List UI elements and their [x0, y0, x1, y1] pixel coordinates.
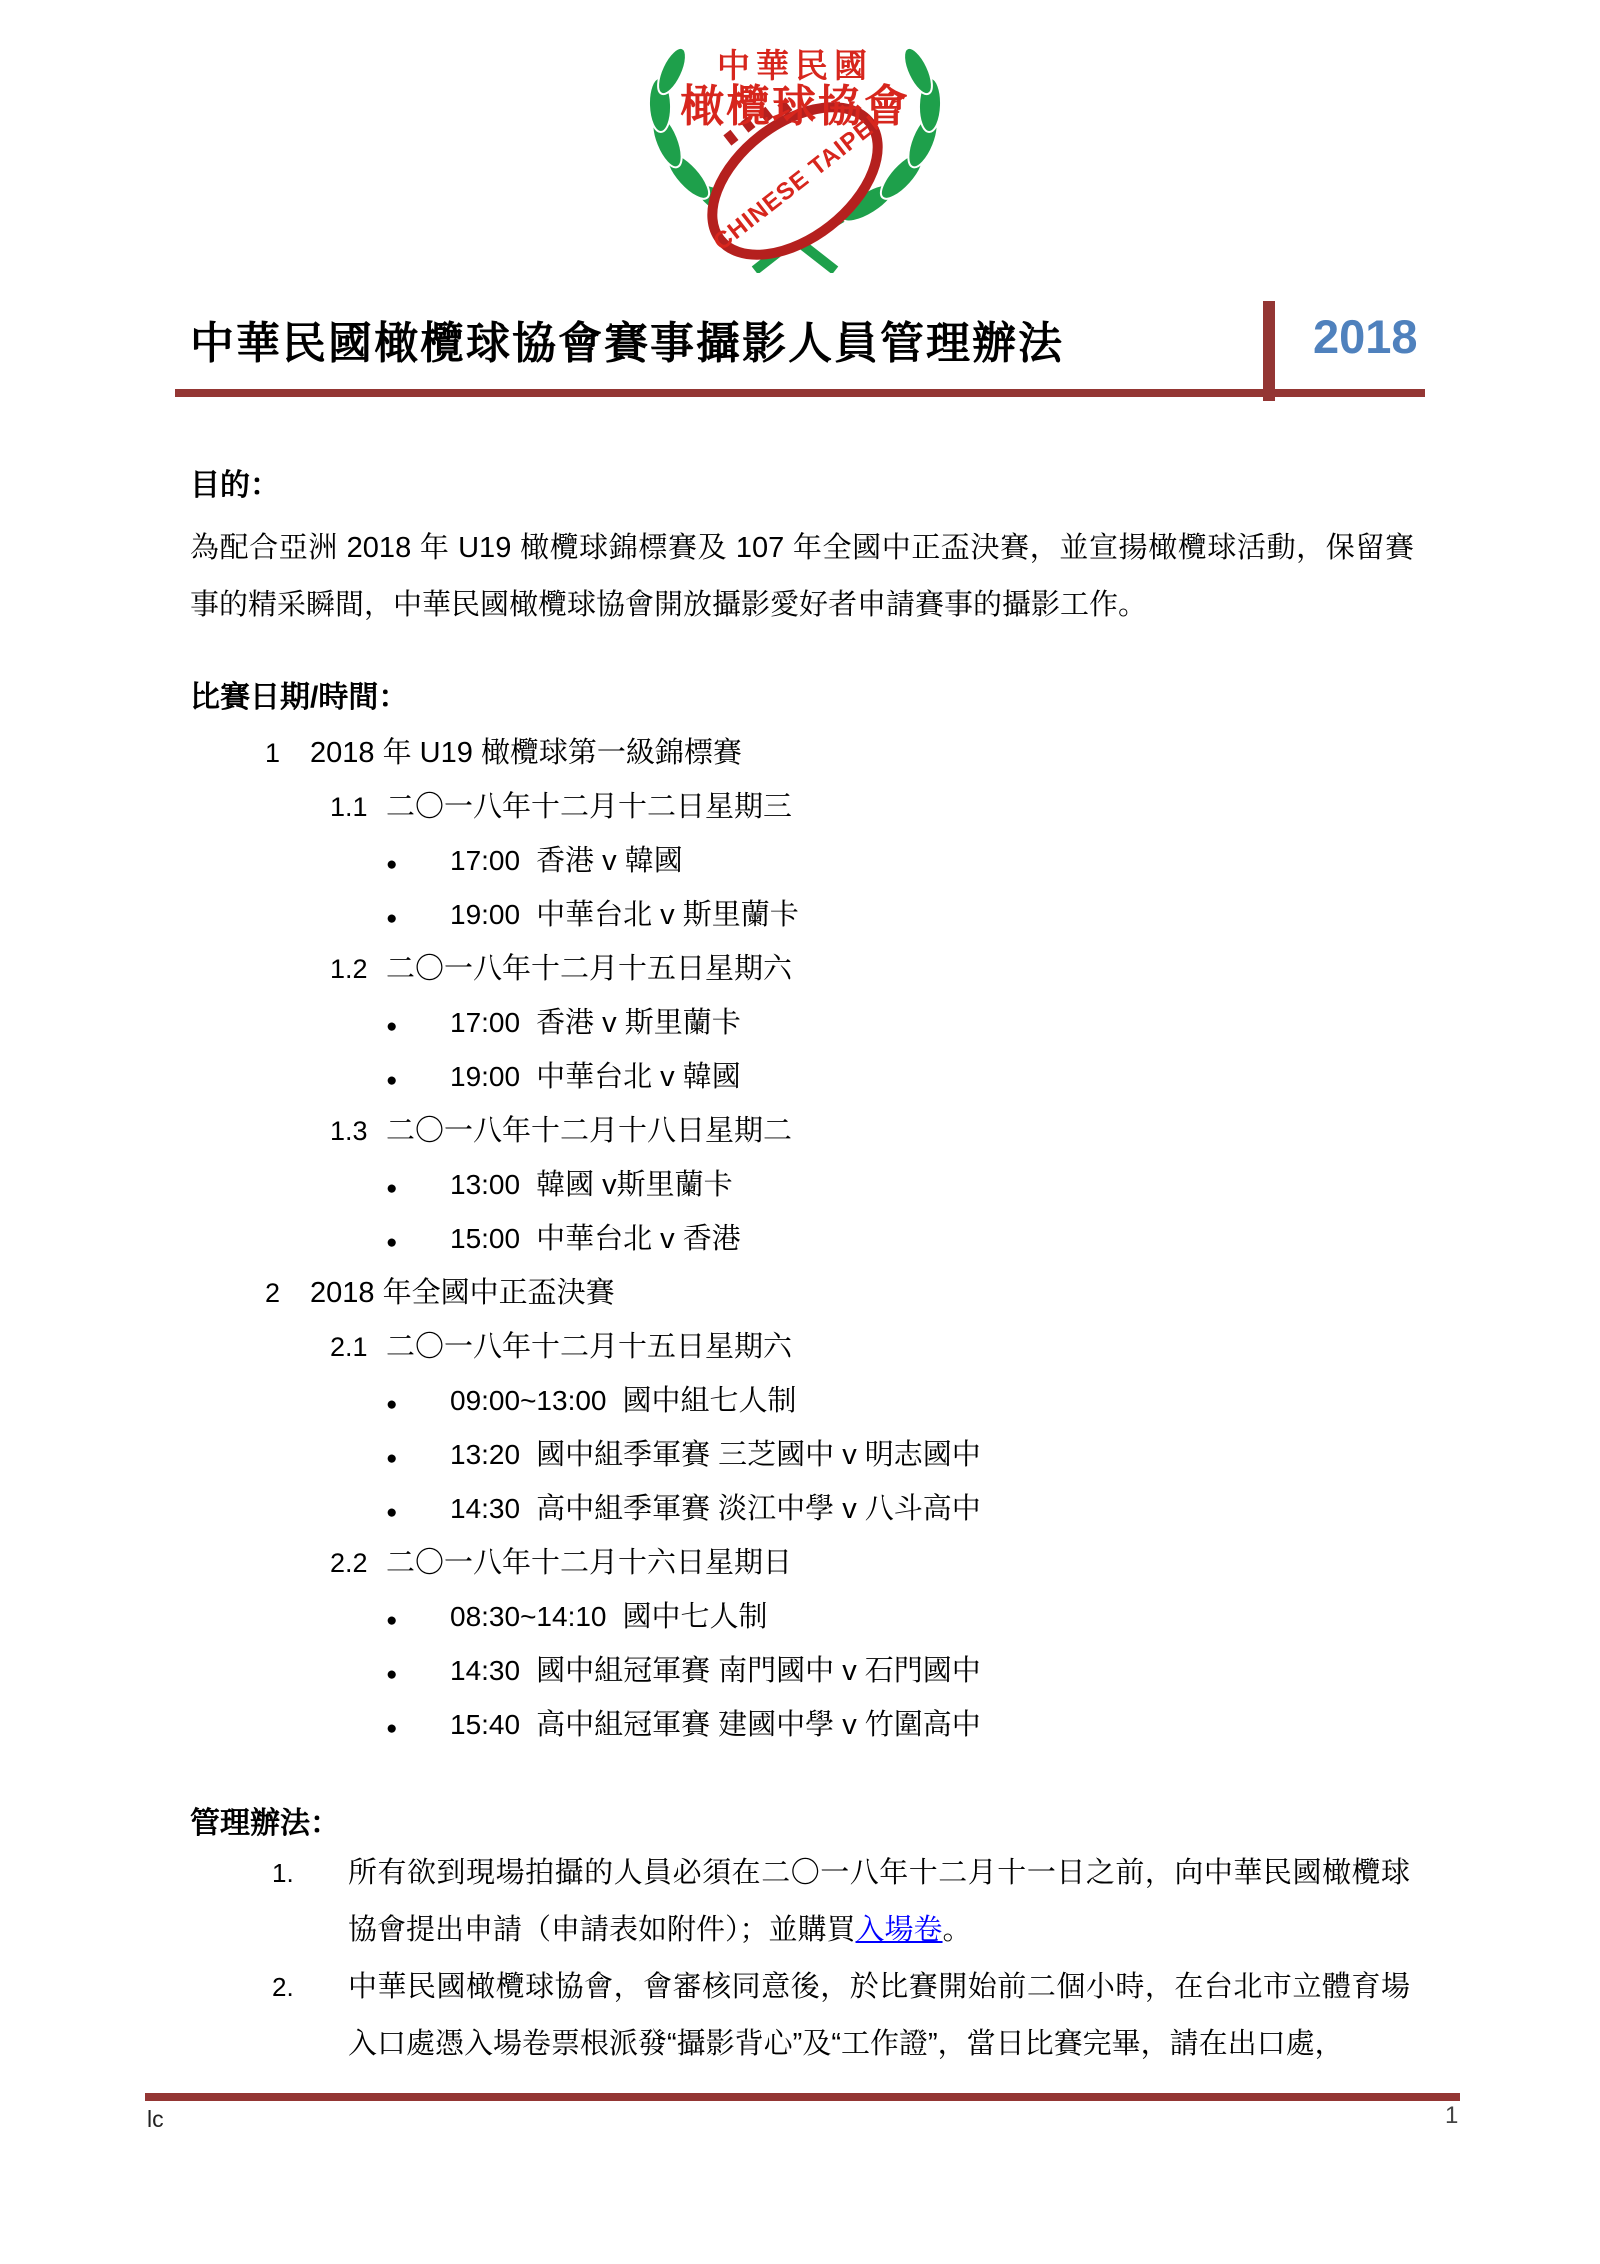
game-time: 14:30	[450, 1644, 520, 1698]
subitem-number: 2.2	[330, 1536, 386, 1590]
game-row: ● 19:00 中華台北 v 韓國	[190, 1050, 1510, 1104]
footer-initials: lc	[147, 2106, 164, 2133]
bullet-icon: ●	[386, 1054, 450, 1108]
subitem-label: 二〇一八年十二月十六日星期日	[386, 1536, 792, 1590]
schedule-subitem: 1.2 二〇一八年十二月十五日星期六	[190, 942, 1510, 996]
game-row: ● 14:30 國中組冠軍賽 南門國中 v 石門國中	[190, 1644, 1510, 1698]
bullet-icon: ●	[386, 1648, 450, 1702]
game-time: 19:00	[450, 888, 520, 942]
page-number: 1	[1445, 2102, 1458, 2130]
rule-text-post: 。	[943, 1914, 972, 1946]
game-time: 17:00	[450, 834, 520, 888]
game-time: 08:30~14:10	[450, 1590, 607, 1644]
game-row: ● 19:00 中華台北 v 斯里蘭卡	[190, 888, 1510, 942]
game-row: ● 17:00 香港 v 韓國	[190, 834, 1510, 888]
logo-text-line1: 中華民國	[717, 47, 873, 84]
rule-item: 2. 中華民國橄欖球協會，會審核同意後，於比賽開始前二個小時，在台北市立體育場入…	[190, 1959, 1460, 2073]
game-row: ● 14:30 高中組季軍賽 淡江中學 v 八斗高中	[190, 1482, 1510, 1536]
association-logo: CHINESE TAIPEI 中華民國 橄欖球協會	[625, 33, 965, 273]
game-time: 15:40	[450, 1698, 520, 1752]
rule-number: 2.	[272, 1959, 348, 2016]
bullet-icon: ●	[386, 1702, 450, 1756]
document-title: 中華民國橄欖球協會賽事攝影人員管理辦法	[190, 307, 1064, 371]
subitem-label: 二〇一八年十二月十五日星期六	[386, 942, 792, 996]
game-time: 15:00	[450, 1212, 520, 1266]
game-desc: 國中組冠軍賽 南門國中 v 石門國中	[536, 1644, 981, 1698]
game-row: ● 15:40 高中組冠軍賽 建國中學 v 竹圍高中	[190, 1698, 1510, 1752]
game-time: 14:30	[450, 1482, 520, 1536]
game-desc: 國中七人制	[623, 1590, 768, 1644]
subitem-label: 二〇一八年十二月十二日星期三	[386, 780, 792, 834]
game-row: ● 15:00 中華台北 v 香港	[190, 1212, 1510, 1266]
entrance-ticket-link[interactable]: 入場卷	[856, 1914, 943, 1946]
game-row: ● 09:00~13:00 國中組七人制	[190, 1374, 1510, 1428]
game-desc: 中華台北 v 香港	[536, 1212, 741, 1266]
logo-text-line2: 橄欖球協會	[680, 82, 910, 131]
bullet-icon: ●	[386, 1378, 450, 1432]
item-number: 2	[265, 1266, 310, 1320]
item-label: 2018 年 U19 橄欖球第一級錦標賽	[310, 726, 742, 780]
rules-list: 1. 所有欲到現場拍攝的人員必須在二〇一八年十二月十一日之前，向中華民國橄欖球協…	[190, 1845, 1460, 2073]
game-desc: 中華台北 v 韓國	[536, 1050, 741, 1104]
schedule-heading: 比賽日期/時間：	[190, 672, 408, 716]
game-desc: 高中組冠軍賽 建國中學 v 竹圍高中	[536, 1698, 981, 1752]
game-desc: 韓國 v斯里蘭卡	[536, 1158, 733, 1212]
subitem-label: 二〇一八年十二月十五日星期六	[386, 1320, 792, 1374]
game-time: 13:00	[450, 1158, 520, 1212]
title-block: 中華民國橄欖球協會賽事攝影人員管理辦法 2018	[175, 297, 1425, 397]
game-desc: 高中組季軍賽 淡江中學 v 八斗高中	[536, 1482, 981, 1536]
game-row: ● 13:00 韓國 v斯里蘭卡	[190, 1158, 1510, 1212]
bullet-icon: ●	[386, 838, 450, 892]
document-page: CHINESE TAIPEI 中華民國 橄欖球協會 中華民國橄欖球協會賽事攝影人…	[0, 0, 1600, 2264]
rules-heading: 管理辦法：	[190, 1798, 340, 1842]
schedule-subitem: 2.1 二〇一八年十二月十五日星期六	[190, 1320, 1510, 1374]
subitem-label: 二〇一八年十二月十八日星期二	[386, 1104, 792, 1158]
item-number: 1	[265, 726, 310, 780]
game-row: ● 08:30~14:10 國中七人制	[190, 1590, 1510, 1644]
schedule-item: 1 2018 年 U19 橄欖球第一級錦標賽	[190, 726, 1510, 780]
rule-item: 1. 所有欲到現場拍攝的人員必須在二〇一八年十二月十一日之前，向中華民國橄欖球協…	[190, 1845, 1460, 1959]
schedule-item: 2 2018 年全國中正盃決賽	[190, 1266, 1510, 1320]
footer-rule	[145, 2093, 1460, 2101]
title-divider-bar	[1263, 301, 1275, 401]
bullet-icon: ●	[386, 1162, 450, 1216]
game-row: ● 13:20 國中組季軍賽 三芝國中 v 明志國中	[190, 1428, 1510, 1482]
bullet-icon: ●	[386, 1216, 450, 1270]
purpose-body: 為配合亞洲 2018 年 U19 橄欖球錦標賽及 107 年全國中正盃決賽，並宣…	[190, 520, 1414, 634]
game-time: 09:00~13:00	[450, 1374, 607, 1428]
bullet-icon: ●	[386, 1432, 450, 1486]
purpose-heading: 目的：	[190, 460, 280, 504]
schedule-subitem: 1.1 二〇一八年十二月十二日星期三	[190, 780, 1510, 834]
game-desc: 中華台北 v 斯里蘭卡	[536, 888, 799, 942]
game-time: 17:00	[450, 996, 520, 1050]
subitem-number: 2.1	[330, 1320, 386, 1374]
subitem-number: 1.3	[330, 1104, 386, 1158]
bullet-icon: ●	[386, 1486, 450, 1540]
rule-text: 中華民國橄欖球協會，會審核同意後，於比賽開始前二個小時，在台北市立體育場入口處憑…	[348, 1959, 1410, 2073]
bullet-icon: ●	[386, 892, 450, 946]
game-time: 13:20	[450, 1428, 520, 1482]
bullet-icon: ●	[386, 1000, 450, 1054]
game-time: 19:00	[450, 1050, 520, 1104]
game-desc: 國中組七人制	[623, 1374, 797, 1428]
subitem-number: 1.2	[330, 942, 386, 996]
subitem-number: 1.1	[330, 780, 386, 834]
rule-number: 1.	[272, 1845, 348, 1902]
game-desc: 香港 v 斯里蘭卡	[536, 996, 741, 1050]
bullet-icon: ●	[386, 1594, 450, 1648]
schedule-list: 1 2018 年 U19 橄欖球第一級錦標賽 1.1 二〇一八年十二月十二日星期…	[190, 726, 1510, 1752]
game-desc: 國中組季軍賽 三芝國中 v 明志國中	[536, 1428, 981, 1482]
schedule-subitem: 2.2 二〇一八年十二月十六日星期日	[190, 1536, 1510, 1590]
rule-text: 所有欲到現場拍攝的人員必須在二〇一八年十二月十一日之前，向中華民國橄欖球協會提出…	[348, 1845, 1410, 1959]
game-desc: 香港 v 韓國	[536, 834, 683, 888]
game-row: ● 17:00 香港 v 斯里蘭卡	[190, 996, 1510, 1050]
year-label: 2018	[1313, 309, 1418, 364]
schedule-subitem: 1.3 二〇一八年十二月十八日星期二	[190, 1104, 1510, 1158]
item-label: 2018 年全國中正盃決賽	[310, 1266, 615, 1320]
